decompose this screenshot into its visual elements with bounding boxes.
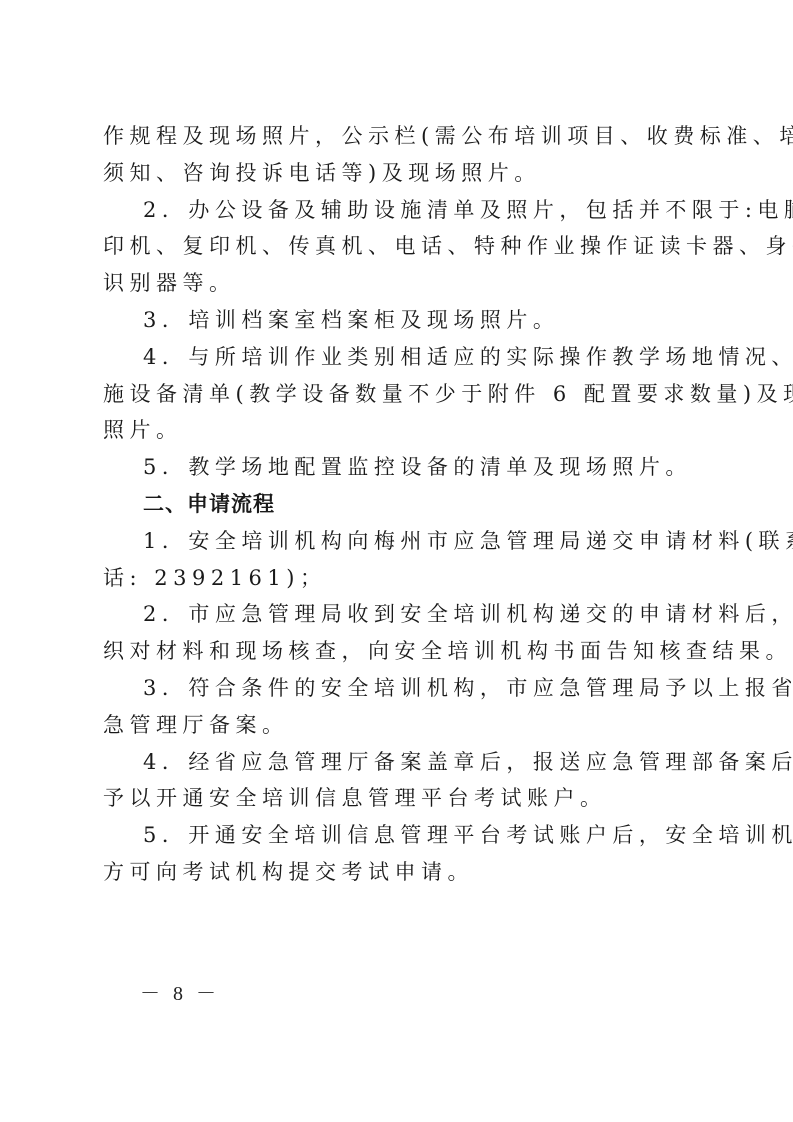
list-item-submit-application: 1．安全培训机构向梅州市应急管理局递交申请材料(联系电 [103,523,693,560]
page-number: － 8 － [140,977,220,1006]
list-item-office-equipment: 2．办公设备及辅助设施清单及照片，包括并不限于:电脑打 [103,192,693,229]
list-item-archive-room: 3．培训档案室档案柜及现场照片。 [103,302,693,339]
list-item-monitoring-equipment: 5．教学场地配置监控设备的清单及现场照片。 [103,449,693,486]
text-line: 织对材料和现场核查，向安全培训机构书面告知核查结果。 [103,633,693,670]
list-item-teaching-site: 4．与所培训作业类别相适应的实际操作教学场地情况、设 [103,339,693,376]
list-item-provincial-filing: 3．符合条件的安全培训机构，市应急管理局予以上报省应 [103,670,693,707]
text-line: 识别器等。 [103,265,693,302]
text-line: 话: 2392161)； [103,560,693,597]
text-line: 须知、咨询投诉电话等)及现场照片。 [103,155,693,192]
text-line: 作规程及现场照片，公示栏(需公布培训项目、收费标准、培训 [103,118,693,155]
document-body: 作规程及现场照片，公示栏(需公布培训项目、收费标准、培训 须知、咨询投诉电话等)… [103,118,693,891]
list-item-exam-application: 5．开通安全培训信息管理平台考试账户后，安全培训机构 [103,817,693,854]
text-line: 印机、复印机、传真机、电话、特种作业操作证读卡器、身份证 [103,228,693,265]
text-line: 急管理厅备案。 [103,707,693,744]
section-heading: 二、申请流程 [103,486,693,523]
text-line: 方可向考试机构提交考试申请。 [103,854,693,891]
text-line: 施设备清单(教学设备数量不少于附件 6 配置要求数量)及现场 [103,376,693,413]
list-item-account-opening: 4．经省应急管理厅备案盖章后，报送应急管理部备案后， [103,744,693,781]
text-line: 照片。 [103,412,693,449]
text-line: 予以开通安全培训信息管理平台考试账户。 [103,780,693,817]
list-item-verification: 2．市应急管理局收到安全培训机构递交的申请材料后，组 [103,596,693,633]
